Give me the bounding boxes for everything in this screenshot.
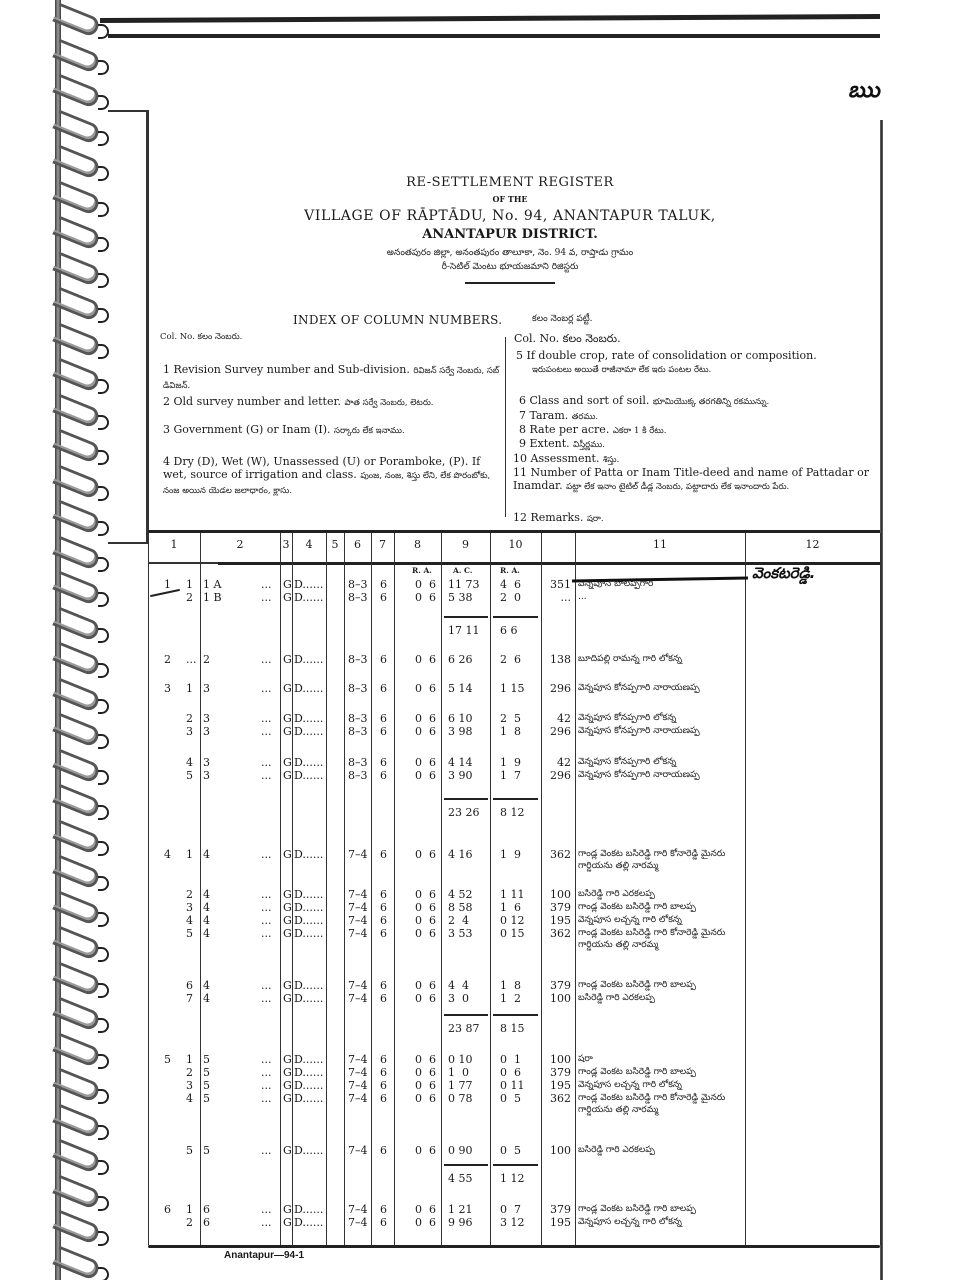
- column-line: [326, 533, 327, 1245]
- dot-leader: ...: [261, 682, 272, 695]
- soil-class: 7–4: [348, 1216, 368, 1229]
- rate-per-acre: 0 6: [415, 1079, 436, 1092]
- survey-number: 6: [164, 1203, 171, 1216]
- dot-leader: ...: [261, 914, 272, 927]
- rate-per-acre: 0 6: [415, 769, 436, 782]
- sub-division: 4: [186, 756, 193, 769]
- index-title: INDEX OF COLUMN NUMBERS.: [293, 313, 502, 327]
- index-item-1: 1 Revision Survey number and Sub-divisio…: [163, 363, 503, 393]
- assessment: 1 15: [500, 682, 525, 695]
- extent: 1 21: [448, 1203, 473, 1216]
- taram: 6: [380, 769, 387, 782]
- sub-division: ...: [186, 653, 197, 666]
- assessment: 1 6: [500, 901, 521, 914]
- index-item-number: 7: [519, 409, 526, 422]
- subtotal-assessment: 8 12: [500, 806, 525, 819]
- extent: 6 26: [448, 653, 473, 666]
- sub-division: 5: [186, 1144, 193, 1157]
- subtotal-rule: [444, 616, 488, 618]
- govt-or-inam: G...: [283, 1066, 292, 1079]
- dry-wet-class: D......: [294, 756, 323, 769]
- taram: 6: [380, 1079, 387, 1092]
- sub-division: 5: [186, 769, 193, 782]
- assessment: 0 12: [500, 914, 525, 927]
- index-item-number: 5: [516, 349, 523, 362]
- title-line-4: ANANTAPUR DISTRICT.: [300, 227, 720, 242]
- rate-per-acre: 0 6: [415, 992, 436, 1005]
- index-item-5: 5 If double crop, rate of consolidation …: [516, 349, 876, 377]
- dry-wet-class: D......: [294, 1053, 323, 1066]
- index-item-text: Remarks.: [531, 511, 584, 524]
- survey-number: 3: [164, 682, 171, 695]
- soil-class: 7–4: [348, 848, 368, 861]
- dot-leader: ...: [261, 1079, 272, 1092]
- soil-class: 7–4: [348, 992, 368, 1005]
- assessment: 2 6: [500, 653, 521, 666]
- binding-hole: [98, 1267, 109, 1280]
- extent: 5 38: [448, 591, 473, 604]
- dot-leader: ...: [261, 591, 272, 604]
- col8-unit-label: R. A.: [412, 566, 432, 575]
- sub-division: 1: [186, 682, 193, 695]
- index-item-telugu: పాత సర్వే నెంబరు, లెటరు.: [345, 398, 434, 408]
- extent: 5 14: [448, 682, 473, 695]
- title-separator: [465, 282, 555, 284]
- govt-or-inam: G...: [283, 979, 292, 992]
- dry-wet-class: D......: [294, 1144, 323, 1157]
- rate-per-acre: 0 6: [415, 756, 436, 769]
- soil-class: 8–3: [348, 769, 368, 782]
- taram: 6: [380, 888, 387, 901]
- assessment: 2 0: [500, 591, 521, 604]
- index-item-telugu: శిస్తు.: [603, 455, 619, 465]
- dry-wet-class: D......: [294, 725, 323, 738]
- rate-per-acre: 0 6: [415, 1203, 436, 1216]
- old-survey-number: 2: [203, 653, 210, 666]
- remark-handwritten: వెంకటరెడ్డి.: [752, 564, 815, 586]
- soil-class: 8–3: [348, 756, 368, 769]
- assessment: 0 6: [500, 1066, 521, 1079]
- subtotal-rule: [493, 1014, 538, 1016]
- govt-or-inam: G...: [283, 712, 292, 725]
- binding-hole: [98, 841, 109, 856]
- patta-number: 296: [541, 725, 571, 738]
- old-survey-number: 4: [203, 914, 210, 927]
- pattadar-name: గాండ్ల వెంకట బసిరెడ్డి గారి కోనారెడ్డి మ…: [578, 1092, 743, 1116]
- dot-leader: ...: [261, 1053, 272, 1066]
- assessment: 3 12: [500, 1216, 525, 1229]
- patta-number: ...: [541, 591, 571, 604]
- soil-class: 7–4: [348, 914, 368, 927]
- govt-or-inam: G...: [283, 927, 292, 940]
- sub-division: 5: [186, 927, 193, 940]
- govt-or-inam: G...: [283, 992, 292, 1005]
- soil-class: 7–4: [348, 1079, 368, 1092]
- pattadar-name: వెన్నపూస కోనప్పగారి నారాయణప్ప: [578, 769, 743, 781]
- subtotal-rule: [444, 1164, 488, 1166]
- pattadar-name: వెన్నపూస కోనప్పగారి లోకన్న: [578, 712, 743, 724]
- assessment: 1 2: [500, 992, 521, 1005]
- taram: 6: [380, 1144, 387, 1157]
- govt-or-inam: G...: [283, 914, 292, 927]
- index-item-text: Rate per acre.: [530, 423, 610, 436]
- extent: 2 4: [448, 914, 469, 927]
- dry-wet-class: D......: [294, 992, 323, 1005]
- old-survey-number: 5: [203, 1092, 210, 1105]
- subtotal-extent: 23 87: [448, 1022, 480, 1035]
- rate-per-acre: 0 6: [415, 979, 436, 992]
- pattadar-name: ...: [578, 591, 743, 603]
- binding-hole: [98, 1018, 109, 1033]
- patta-number: 42: [541, 756, 571, 769]
- dot-leader: ...: [261, 712, 272, 725]
- binding-hole: [98, 95, 109, 110]
- binding-hole: [98, 1160, 109, 1175]
- assessment: 0 15: [500, 927, 525, 940]
- taram: 6: [380, 848, 387, 861]
- patta-number: 100: [541, 888, 571, 901]
- taram: 6: [380, 1053, 387, 1066]
- page-rule-top: [108, 34, 880, 38]
- page-margin-box: [108, 110, 149, 544]
- patta-number: 296: [541, 769, 571, 782]
- govt-or-inam: G...: [283, 769, 292, 782]
- survey-number: 5: [164, 1053, 171, 1066]
- extent: 3 90: [448, 769, 473, 782]
- patta-number: 100: [541, 1144, 571, 1157]
- extent: 1 77: [448, 1079, 473, 1092]
- dry-wet-class: D......: [294, 1216, 323, 1229]
- survey-number: 1: [164, 578, 171, 591]
- index-item-number: 9: [519, 437, 526, 450]
- patta-number: 351: [541, 578, 571, 591]
- assessment: 1 9: [500, 756, 521, 769]
- rate-per-acre: 0 6: [415, 653, 436, 666]
- assessment: 1 8: [500, 979, 521, 992]
- extent: 9 96: [448, 1216, 473, 1229]
- taram: 6: [380, 1066, 387, 1079]
- index-divider: [505, 337, 506, 517]
- subtotal-assessment: 6 6: [500, 624, 518, 637]
- index-item-telugu: ఎకరా 1 కి రేటు.: [613, 426, 667, 436]
- dot-leader: ...: [261, 848, 272, 861]
- extent: 0 78: [448, 1092, 473, 1105]
- sub-division: 2: [186, 591, 193, 604]
- title-line-2: OF THE: [300, 194, 720, 204]
- index-item-number: 10: [513, 452, 527, 465]
- index-item-number: 2: [163, 395, 170, 408]
- binding-hole: [98, 663, 109, 678]
- index-item-number: 4: [163, 455, 170, 468]
- sub-division: 3: [186, 901, 193, 914]
- rate-per-acre: 0 6: [415, 725, 436, 738]
- dry-wet-class: D......: [294, 653, 323, 666]
- pattadar-name: వెన్నపూస కోనప్పగారి లోకన్న: [578, 756, 743, 768]
- pattadar-name: వెన్నపూస లచ్చన్న గారి లోకన్న: [578, 1216, 743, 1228]
- taram: 6: [380, 914, 387, 927]
- pattadar-name: వెన్నపూస లచ్చన్న గారి లోకన్న: [578, 914, 743, 926]
- column-header-8: 8: [394, 538, 441, 551]
- index-item-2: 2 Old survey number and letter. పాత సర్వ…: [163, 395, 503, 410]
- govt-or-inam: G...: [283, 888, 292, 901]
- assessment: 0 1: [500, 1053, 521, 1066]
- soil-class: 7–4: [348, 1066, 368, 1079]
- patta-number: 42: [541, 712, 571, 725]
- rate-per-acre: 0 6: [415, 591, 436, 604]
- column-line: [200, 533, 201, 1245]
- dry-wet-class: D......: [294, 888, 323, 901]
- index-left-heading: Col. No. కలం నెంబరు.: [160, 332, 242, 344]
- dot-leader: ...: [261, 888, 272, 901]
- patta-number: 195: [541, 1216, 571, 1229]
- pattadar-name: వెన్నపూస కోనప్పగారి నారాయణప్ప: [578, 682, 743, 694]
- soil-class: 8–3: [348, 591, 368, 604]
- column-line: [280, 533, 281, 1245]
- old-survey-number: 1 B: [203, 591, 222, 604]
- dry-wet-class: D......: [294, 682, 323, 695]
- rate-per-acre: 0 6: [415, 578, 436, 591]
- column-line: [394, 533, 395, 1245]
- index-item-telugu: షరా.: [587, 514, 604, 524]
- index-item-4: 4 Dry (D), Wet (W), Unassessed (U) or Po…: [163, 455, 503, 498]
- index-item-text: Class and sort of soil.: [530, 394, 650, 407]
- binding-hole: [98, 734, 109, 749]
- dot-leader: ...: [261, 756, 272, 769]
- govt-or-inam: G...: [283, 848, 292, 861]
- dot-leader: ...: [261, 979, 272, 992]
- binding-hole: [98, 60, 109, 75]
- register-title-block: RE-SETTLEMENT REGISTER OF THE VILLAGE OF…: [300, 175, 720, 284]
- binding-hole: [98, 876, 109, 891]
- column-line: [575, 533, 576, 1245]
- dry-wet-class: D......: [294, 914, 323, 927]
- old-survey-number: 5: [203, 1053, 210, 1066]
- assessment: 1 9: [500, 848, 521, 861]
- dry-wet-class: D......: [294, 1092, 323, 1105]
- patta-number: 296: [541, 682, 571, 695]
- subtotal-assessment: 1 12: [500, 1172, 525, 1185]
- pattadar-name: గాండ్ల వెంకట బసిరెడ్డి గారి కోనారెడ్డి మ…: [578, 848, 743, 872]
- binding-hole: [98, 912, 109, 927]
- title-line-3: VILLAGE OF RĀPTĀDU, No. 94, ANANTAPUR TA…: [300, 208, 720, 224]
- dot-leader: ...: [261, 901, 272, 914]
- index-item-8: 8 Rate per acre. ఎకరా 1 కి రేటు.: [519, 423, 666, 438]
- column-header-9: 9: [441, 538, 490, 551]
- column-header-3: 3: [280, 538, 292, 551]
- index-item-text: Old survey number and letter.: [174, 395, 342, 408]
- extent: 8 58: [448, 901, 473, 914]
- soil-class: 7–4: [348, 927, 368, 940]
- table-bottom-rule: [148, 1245, 880, 1248]
- column-header-4: 4: [292, 538, 326, 551]
- taram: 6: [380, 1203, 387, 1216]
- column-header-10: 10: [490, 538, 541, 551]
- patta-number: 362: [541, 848, 571, 861]
- extent: 1 0: [448, 1066, 469, 1079]
- govt-or-inam: G...: [283, 682, 292, 695]
- page-footer-label: Anantapur—94-1: [224, 1250, 304, 1261]
- column-line: [344, 533, 345, 1245]
- pattadar-name: వెన్నపూస లచ్చన్న గారి లోకన్న: [578, 1079, 743, 1091]
- subtotal-assessment: 8 15: [500, 1022, 525, 1035]
- title-telugu-2: రీ-సెటిల్ మెంటు భూయజమాని రిజిస్టరు: [300, 262, 720, 274]
- dry-wet-class: D......: [294, 927, 323, 940]
- binding-hole: [98, 557, 109, 572]
- soil-class: 7–4: [348, 979, 368, 992]
- sub-division: 1: [186, 578, 193, 591]
- extent: 3 0: [448, 992, 469, 1005]
- extent: 0 10: [448, 1053, 473, 1066]
- pattadar-name: గాండ్ల వెంకట బసిరెడ్డి గారి బాలప్ప: [578, 901, 743, 913]
- old-survey-number: 5: [203, 1144, 210, 1157]
- soil-class: 8–3: [348, 653, 368, 666]
- govt-or-inam: G...: [283, 1053, 292, 1066]
- old-survey-number: 3: [203, 756, 210, 769]
- column-line: [880, 533, 881, 1245]
- dry-wet-class: D......: [294, 578, 323, 591]
- title-line-1: RE-SETTLEMENT REGISTER: [300, 175, 720, 190]
- sub-division: 2: [186, 1066, 193, 1079]
- taram: 6: [380, 901, 387, 914]
- govt-or-inam: G...: [283, 1079, 292, 1092]
- index-item-text: Extent.: [530, 437, 570, 450]
- sub-division: 2: [186, 712, 193, 725]
- patta-number: 362: [541, 1092, 571, 1105]
- dry-wet-class: D......: [294, 769, 323, 782]
- dot-leader: ...: [261, 725, 272, 738]
- index-item-number: 3: [163, 423, 170, 436]
- rate-per-acre: 0 6: [415, 712, 436, 725]
- pattadar-name: బసిరెడ్డి గారి ఎరకలప్ప: [578, 1144, 743, 1156]
- govt-or-inam: G...: [283, 901, 292, 914]
- extent: 6 10: [448, 712, 473, 725]
- assessment: 4 6: [500, 578, 521, 591]
- pattadar-name: వెన్నపూస కోనప్పగారి నారాయణప్ప: [578, 725, 743, 737]
- old-survey-number: 5: [203, 1066, 210, 1079]
- dot-leader: ...: [261, 1066, 272, 1079]
- index-item-telugu: భూమియొక్క తరగతిన్ని రకమున్ను.: [653, 397, 769, 407]
- patta-number: 195: [541, 914, 571, 927]
- soil-class: 8–3: [348, 725, 368, 738]
- pattadar-name: గాండ్ల వెంకట బసిరెడ్డి గారి బాలప్ప: [578, 1203, 743, 1215]
- table-top-rule: [148, 530, 880, 533]
- extent: 4 16: [448, 848, 473, 861]
- dry-wet-class: D......: [294, 848, 323, 861]
- corner-handwritten-mark: ఋ: [848, 78, 880, 108]
- subtotal-rule: [444, 1014, 488, 1016]
- patta-number: 138: [541, 653, 571, 666]
- dry-wet-class: D......: [294, 901, 323, 914]
- binding-hole: [98, 983, 109, 998]
- govt-or-inam: G...: [283, 1144, 292, 1157]
- extent: 3 53: [448, 927, 473, 940]
- extent: 11 73: [448, 578, 480, 591]
- binding-hole: [98, 1054, 109, 1069]
- soil-class: 8–3: [348, 578, 368, 591]
- binding-hole: [98, 1231, 109, 1246]
- index-item-11: 11 Number of Patta or Inam Title-deed an…: [513, 466, 873, 494]
- old-survey-number: 3: [203, 682, 210, 695]
- index-title-telugu: కలం నెంబర్ల పట్టీ.: [532, 314, 593, 326]
- dry-wet-class: D......: [294, 591, 323, 604]
- assessment: 2 5: [500, 712, 521, 725]
- pattadar-name: గాండ్ల వెంకట బసిరెడ్డి గారి బాలప్ప: [578, 979, 743, 991]
- soil-class: 8–3: [348, 682, 368, 695]
- rate-per-acre: 0 6: [415, 1216, 436, 1229]
- sub-division: 3: [186, 725, 193, 738]
- binding-hole: [98, 770, 109, 785]
- dot-leader: ...: [261, 653, 272, 666]
- index-item-text: Taram.: [530, 409, 569, 422]
- patta-number: 379: [541, 1066, 571, 1079]
- title-telugu-1: అనంతపురం జిల్లా, అనంతపురం తాలూకా, నెం. 9…: [300, 248, 720, 260]
- pattadar-name: గాండ్ల వెంకట బసిరెడ్డి గారి బాలప్ప: [578, 1066, 743, 1078]
- taram: 6: [380, 725, 387, 738]
- dot-leader: ...: [261, 1092, 272, 1105]
- index-item-number: 11: [513, 466, 527, 479]
- soil-class: 8–3: [348, 712, 368, 725]
- dot-leader: ...: [261, 1203, 272, 1216]
- index-item-number: 12: [513, 511, 527, 524]
- old-survey-number: 4: [203, 979, 210, 992]
- binding-hole: [98, 1196, 109, 1211]
- extent: 4 4: [448, 979, 469, 992]
- dry-wet-class: D......: [294, 1203, 323, 1216]
- index-right-heading: Col. No. కలం నెంబరు.: [514, 332, 621, 348]
- taram: 6: [380, 653, 387, 666]
- old-survey-number: 3: [203, 725, 210, 738]
- patta-number: 379: [541, 1203, 571, 1216]
- soil-class: 7–4: [348, 888, 368, 901]
- taram: 6: [380, 979, 387, 992]
- index-item-telugu: సర్కారు లేక ఇనాము.: [334, 426, 405, 436]
- extent: 4 52: [448, 888, 473, 901]
- rate-per-acre: 0 6: [415, 914, 436, 927]
- sub-division: 2: [186, 1216, 193, 1229]
- subtotal-rule: [493, 616, 538, 618]
- govt-or-inam: G...: [283, 1203, 292, 1216]
- govt-or-inam: G...: [283, 1092, 292, 1105]
- old-survey-number: 5: [203, 1079, 210, 1092]
- assessment: 1 8: [500, 725, 521, 738]
- old-survey-number: 3: [203, 769, 210, 782]
- soil-class: 7–4: [348, 1144, 368, 1157]
- govt-or-inam: G...: [283, 756, 292, 769]
- sub-division: 4: [186, 1092, 193, 1105]
- extent: 4 14: [448, 756, 473, 769]
- taram: 6: [380, 756, 387, 769]
- col9-unit-label: A. C.: [453, 566, 473, 575]
- index-item-number: 6: [519, 394, 526, 407]
- index-item-text: If double crop, rate of consolidation or…: [527, 349, 817, 362]
- sub-division: 6: [186, 979, 193, 992]
- rate-per-acre: 0 6: [415, 901, 436, 914]
- assessment: 1 11: [500, 888, 525, 901]
- govt-or-inam: G...: [283, 578, 292, 591]
- subtotal-rule: [493, 1164, 538, 1166]
- subtotal-rule: [493, 798, 538, 800]
- rate-per-acre: 0 6: [415, 927, 436, 940]
- sub-division: 4: [186, 914, 193, 927]
- old-survey-number: 3: [203, 712, 210, 725]
- index-item-12: 12 Remarks. షరా.: [513, 511, 604, 526]
- patta-number: 362: [541, 927, 571, 940]
- assessment: 0 7: [500, 1203, 521, 1216]
- rate-per-acre: 0 6: [415, 1144, 436, 1157]
- column-line: [371, 533, 372, 1245]
- index-item-text: Revision Survey number and Sub-division.: [174, 363, 410, 376]
- dry-wet-class: D......: [294, 712, 323, 725]
